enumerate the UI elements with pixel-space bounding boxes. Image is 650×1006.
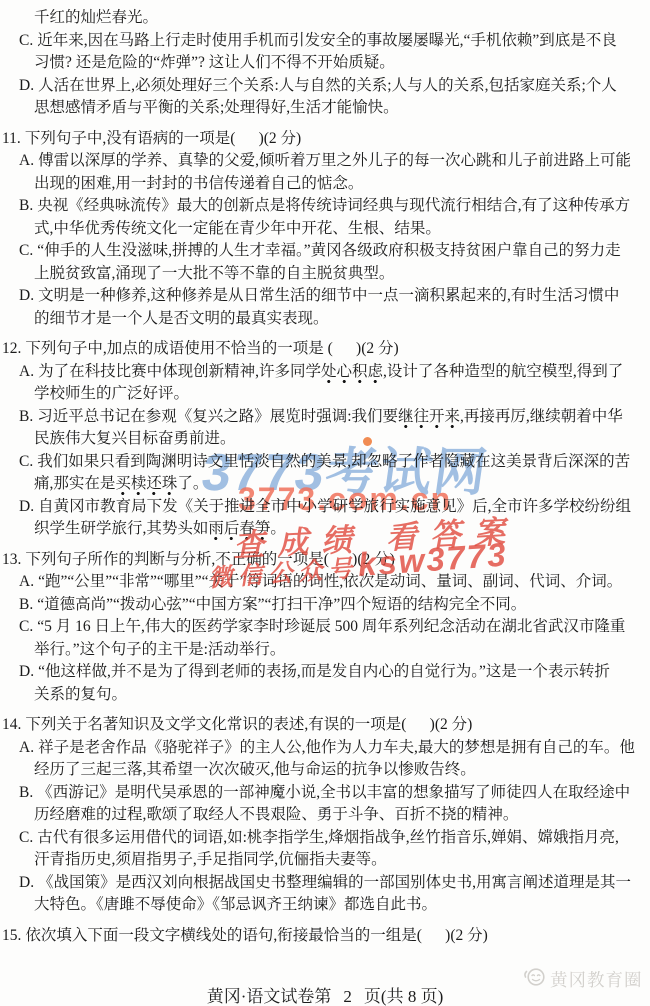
- exam-body: 千红的灿烂春光。C.近年来,因在马路上行走时使用手机而引发安全的事故屡屡曝光,“…: [0, 0, 650, 947]
- exam-text-line: 上脱贫致富,涌现了一大批不等不靠的自主脱贫典型。: [0, 263, 650, 286]
- exam-text-line: B.“道德高尚”“拨动心弦”“中国方案”“打扫干净”四个短语的结构完全不同。: [0, 594, 650, 617]
- exam-text-line: D.自黄冈市教育局下发《关于推进全市中小学研学旅行实施意见》后,全市许多学校纷纷…: [0, 496, 650, 519]
- emphasized-idiom: 处心积虑: [321, 363, 383, 384]
- option-letter: D.: [19, 874, 38, 891]
- exam-text-line: D.“他这样做,并不是为了得到老师的表扬,而是发自内心的自觉行为。”这是一个表示…: [0, 661, 650, 684]
- exam-text-line: 千红的灿烂春光。: [0, 7, 650, 30]
- exam-text-line: 汗青指历史,须眉指男子,手足指同学,伉俪指夫妻等。: [0, 849, 650, 872]
- exam-text-line: 民族伟大复兴目标奋勇前进。: [0, 428, 650, 451]
- option-letter: D.: [19, 77, 38, 94]
- exam-text-line: A.傅雷以深厚的学养、真挚的父爱,倾听着万里之外儿子的每一次心跳和儿子前进路上可…: [0, 150, 650, 173]
- exam-text-line: 举行。”这个句子的主干是:活动举行。: [0, 639, 650, 662]
- question-line: 14.下列关于名著知识及文学文化常识的表述,有误的一项是( )(2 分): [0, 714, 650, 737]
- exam-text-line: C.古代有很多运用借代的词语,如:桃李指学生,烽烟指战争,丝竹指音乐,婵娟、嫦娥…: [0, 827, 650, 850]
- exam-text-line: 思想感情矛盾与平衡的关系;处理得好,生活才能愉快。: [0, 97, 650, 120]
- emphasized-idiom: 雨后春笋: [208, 520, 270, 541]
- emphasized-idiom: 继往开来: [398, 408, 460, 429]
- exam-text-line: 学校师生的广泛好评。: [0, 383, 650, 406]
- option-letter: D.: [19, 287, 38, 304]
- exam-text-line: 出现的困难,用一封封的书信传递着自己的惦念。: [0, 173, 650, 196]
- exam-text-line: 大特色。《唐雎不辱使命》《邹忌讽齐王纳谏》都选自此书。: [0, 894, 650, 917]
- option-letter: A.: [19, 739, 38, 756]
- exam-text-line: D.文明是一种修养,这种修养是从日常生活的细节中一点一滴积累起来的,有时生活习惯…: [0, 285, 650, 308]
- question-line: 15.依次填入下面一段文字横线处的语句,衔接最恰当的一组是( )(2 分): [0, 925, 650, 948]
- option-letter: D.: [19, 498, 38, 515]
- option-letter: C.: [19, 242, 37, 259]
- page-footer: 黄冈·语文试卷第2页(共 8 页): [0, 982, 650, 1006]
- exam-text-line: D.《战国策》是西汉刘向根据战国史书整理编辑的一部国别体史书,用寓言阐述道理是其…: [0, 872, 650, 895]
- option-letter: C.: [19, 829, 37, 846]
- question-number: 15.: [2, 927, 25, 944]
- question-number: 14.: [2, 716, 25, 733]
- option-letter: B.: [19, 408, 37, 425]
- option-letter: A.: [19, 363, 38, 380]
- option-letter: A.: [19, 573, 38, 590]
- exam-text-line: C.“5 月 16 日上午,伟大的医药学家李时珍诞辰 500 周年系列纪念活动在…: [0, 616, 650, 639]
- exam-text-line: A.祥子是老舍作品《骆驼祥子》的主人公,他作为人力车夫,最大的梦想是拥有自己的车…: [0, 737, 650, 760]
- exam-text-line: 的细节才是一个人是否文明的最真实表现。: [0, 308, 650, 331]
- option-letter: B.: [19, 596, 37, 613]
- emphasized-idiom: 买椟还珠: [115, 475, 177, 496]
- exam-text-line: 历经磨难的过程,歌颂了取经人不畏艰险、勇于斗争、百折不挠的精神。: [0, 804, 650, 827]
- footer-title: 黄冈·语文试卷第: [207, 987, 332, 1006]
- exam-text-line: B.《西游记》是明代吴承恩的一部神魔小说,全书以丰富的想象描写了师徒四人在取经途…: [0, 782, 650, 805]
- question-line: 11.下列句子中,没有语病的一项是( )(2 分): [0, 128, 650, 151]
- footer-total-pages: 页(共 8 页): [364, 987, 443, 1006]
- exam-text-line: B.央视《经典咏流传》最大的创新点是将传统诗词经典与现代流行相结合,有了这种传承…: [0, 195, 650, 218]
- exam-text-line: C.近年来,因在马路上行走时使用手机而引发安全的事故屡屡曝光,“手机依赖”到底是…: [0, 30, 650, 53]
- exam-text-line: A.“跑”“公里”“非常”“哪里”“关于”等词语的词性,依次是动词、量词、副词、…: [0, 571, 650, 594]
- option-letter: D.: [19, 663, 38, 680]
- option-letter: C.: [19, 618, 37, 635]
- question-number: 11.: [2, 130, 25, 147]
- option-letter: C.: [19, 453, 37, 470]
- footer-page-number: 2: [331, 987, 364, 1006]
- option-letter: A.: [19, 152, 38, 169]
- question-number: 13.: [2, 551, 25, 568]
- exam-text-line: 关系的复句。: [0, 684, 650, 707]
- exam-text-line: 习惯? 还是危险的“炸弹”? 这让人们不得不开始质疑。: [0, 52, 650, 75]
- question-line: 13.下列句子所作的判断与分析,不正确的一项是( )(2 分): [0, 549, 650, 572]
- option-letter: B.: [19, 784, 37, 801]
- exam-text-line: B.习近平总书记在参观《复兴之路》展览时强调:我们要继往开来,再接再厉,继续朝着…: [0, 406, 650, 429]
- exam-text-line: 痛,那实在是买椟还珠了。: [0, 473, 650, 496]
- exam-text-line: C.“伸手的人生没滋味,拼搏的人生才幸福。”黄冈各级政府积极支持贫困户靠自己的努…: [0, 240, 650, 263]
- option-letter: C.: [19, 32, 37, 49]
- exam-text-line: 经历了三起三落,其希望一次次破灭,他与命运的抗争以惨败告终。: [0, 759, 650, 782]
- exam-paper-page: 3773考试网 3773.com.cn 查成绩 看答案 微信公众号ksw3773…: [0, 0, 650, 1006]
- question-number: 12.: [2, 340, 25, 357]
- exam-text-line: C.我们如果只看到陶渊明诗文里恬淡自然的美景,却忽略了作者隐藏在这美景背后深深的…: [0, 451, 650, 474]
- exam-text-line: D.人活在世界上,必须处理好三个关系:人与自然的关系;人与人的关系,包括家庭关系…: [0, 75, 650, 98]
- exam-text-line: 织学生研学旅行,其势头如雨后春笋。: [0, 518, 650, 541]
- option-letter: B.: [19, 197, 37, 214]
- question-line: 12.下列句子中,加点的成语使用不恰当的一项是 ( )(2 分): [0, 338, 650, 361]
- exam-text-line: A.为了在科技比赛中体现创新精神,许多同学处心积虑,设计了各种造型的航空模型,得…: [0, 361, 650, 384]
- exam-text-line: 式,中华优秀传统文化一定能在青少年中开花、生根、结果。: [0, 218, 650, 241]
